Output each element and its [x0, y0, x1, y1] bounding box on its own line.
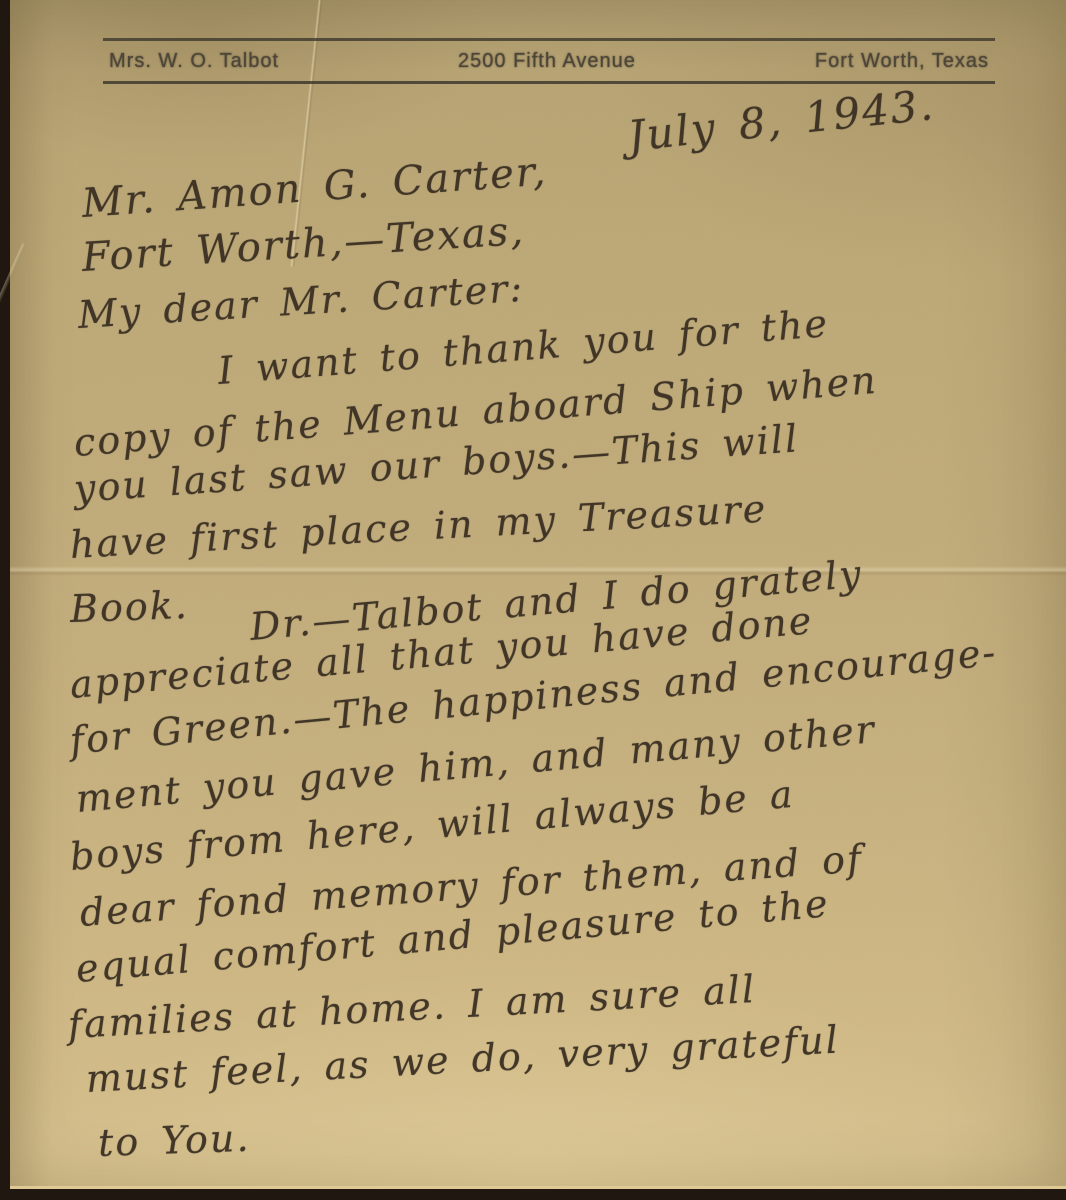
scanned-letter: Mrs. W. O. Talbot 2500 Fifth Avenue Fort…: [0, 0, 1066, 1200]
letterhead-name: Mrs. W. O. Talbot: [109, 50, 279, 73]
fold-crease-middle: [10, 566, 1066, 576]
body-closing-line: to You.: [97, 1119, 251, 1162]
letterhead-city: Fort Worth, Texas: [815, 50, 989, 73]
printed-letterhead: Mrs. W. O. Talbot 2500 Fifth Avenue Fort…: [103, 38, 995, 84]
body-line: Book.: [69, 586, 189, 628]
fold-crease-left: [0, 243, 26, 327]
letterhead-address: 2500 Fifth Avenue: [458, 50, 636, 73]
